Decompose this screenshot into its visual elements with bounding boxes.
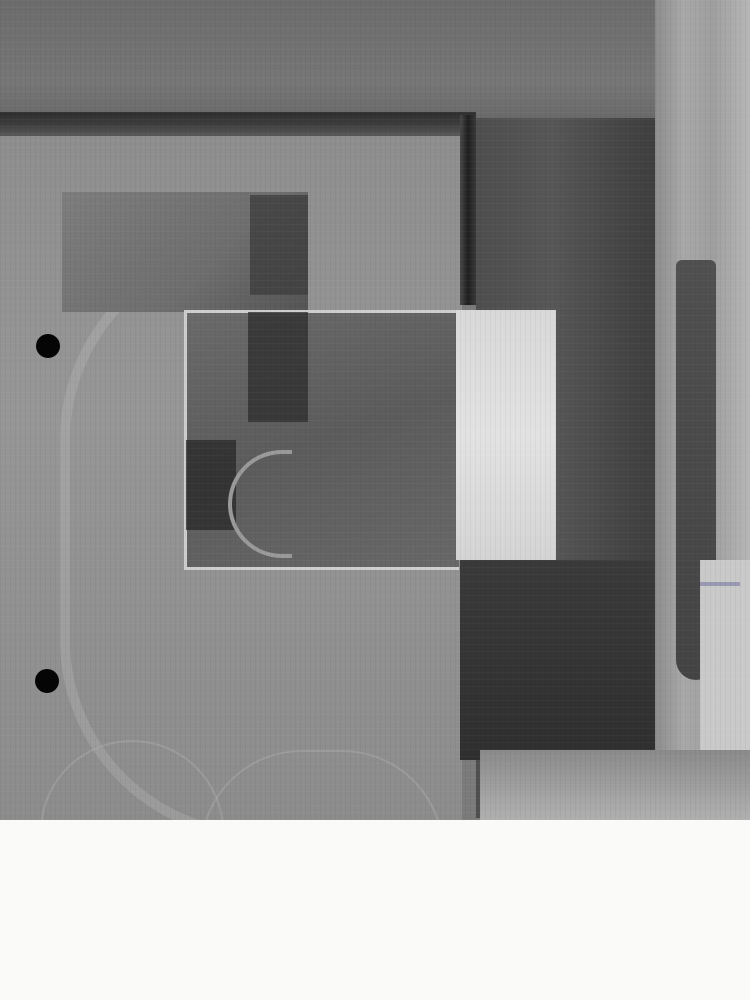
fresco-photograph [0,0,750,820]
blank-card-margin [0,820,750,1000]
photo-print-card [0,0,750,1000]
punch-hole-icon [35,669,59,693]
photo-grain-overlay [0,0,750,820]
punch-hole-icon [36,334,60,358]
